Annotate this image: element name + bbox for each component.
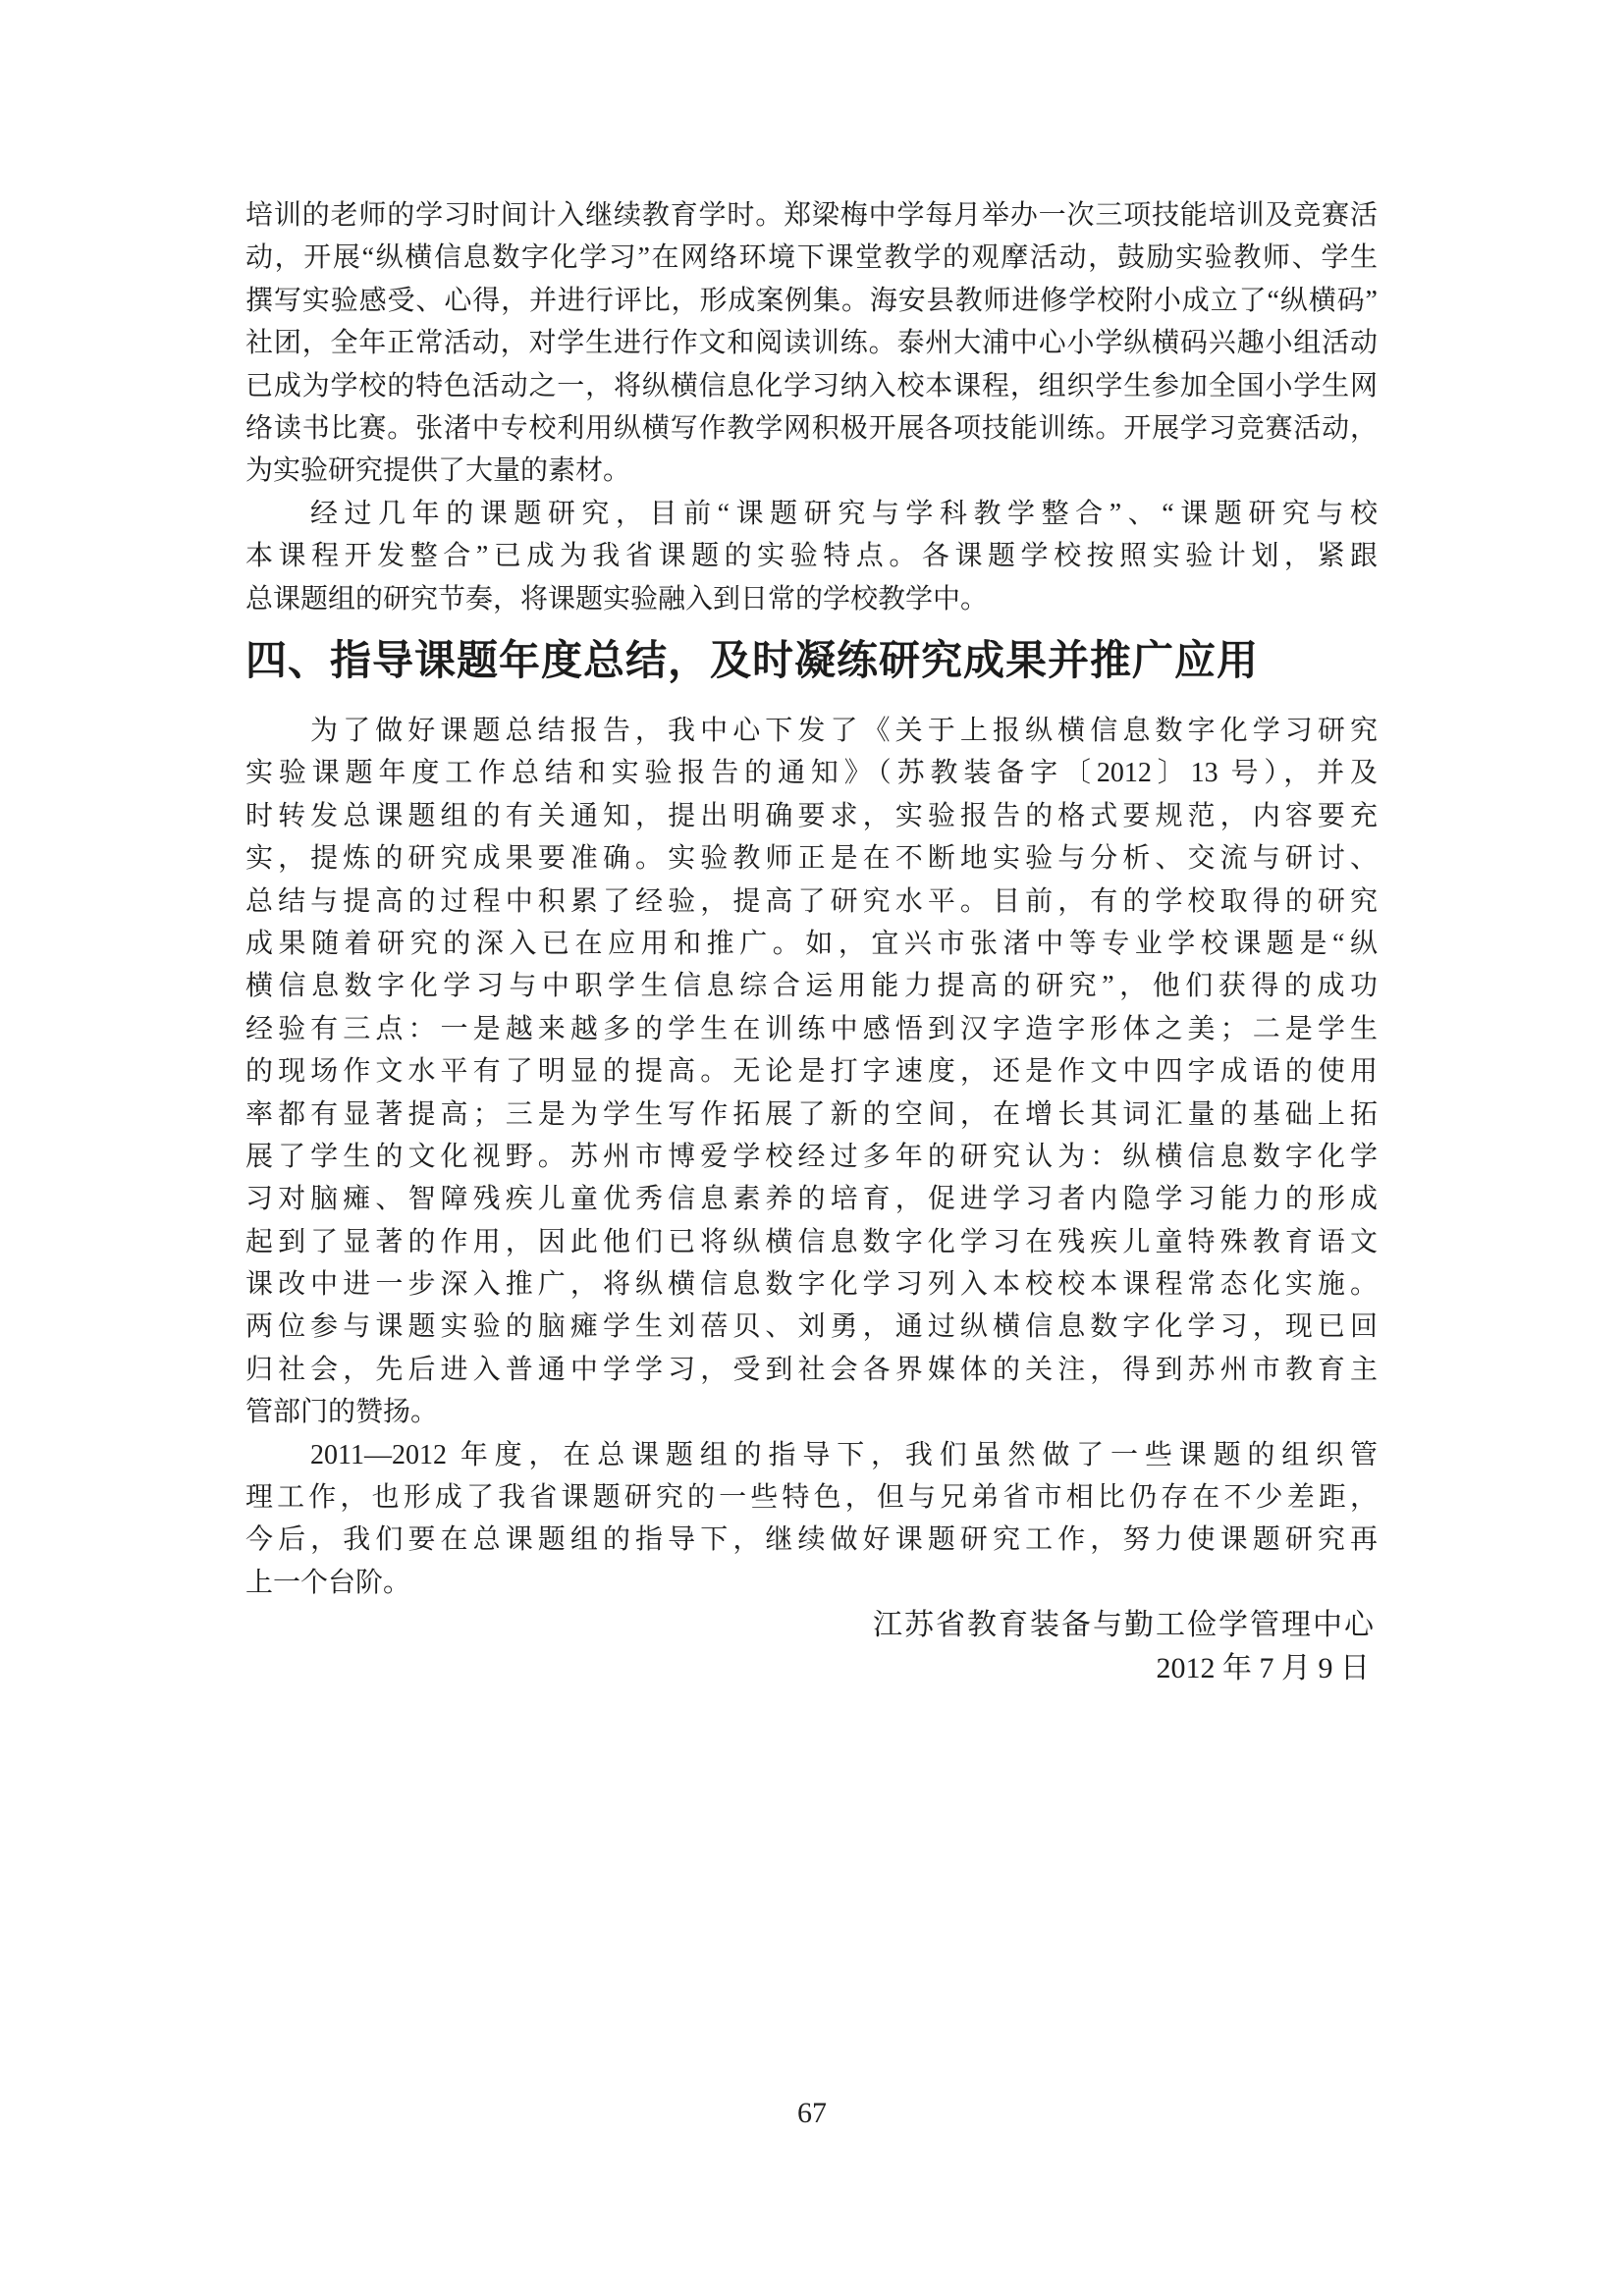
text-line: 管部门的赞扬。 — [245, 1391, 1378, 1433]
body-text-block-upper: 培训的老师的学习时间计入继续教育学时。郑梁梅中学每月举办一次三项技能培训及竞赛活… — [245, 194, 1378, 620]
text-line: 本课程开发整合”已成为我省课题的实验特点。各课题学校按照实验计划，紧跟 — [245, 535, 1378, 577]
text-line: 为了做好课题总结报告，我中心下发了《关于上报纵横信息数字化学习研究 — [245, 710, 1378, 752]
text-line: 横信息数字化学习与中职学生信息综合运用能力提高的研究”，他们获得的成功 — [245, 965, 1378, 1007]
text-line: 课改中进一步深入推广，将纵横信息数字化学习列入本校校本课程常态化实施。 — [245, 1263, 1378, 1306]
text-line: 成果随着研究的深入已在应用和推广。如，宜兴市张渚中等专业学校课题是“纵 — [245, 923, 1378, 965]
text-line: 已成为学校的特色活动之一，将纵横信息化学习纳入校本课程，组织学生参加全国小学生网 — [245, 365, 1378, 407]
text-line: 培训的老师的学习时间计入继续教育学时。郑梁梅中学每月举办一次三项技能培训及竞赛活 — [245, 194, 1378, 237]
paragraph-research-summary: 经过几年的课题研究，目前“课题研究与学科教学整合”、“课题研究与校本课程开发整合… — [245, 493, 1378, 620]
text-line: 今后，我们要在总课题组的指导下，继续做好课题研究工作，努力使课题研究再 — [245, 1519, 1378, 1561]
document-page: 培训的老师的学习时间计入继续教育学时。郑梁梅中学每月举办一次三项技能培训及竞赛活… — [0, 0, 1624, 2296]
text-line: 时转发总课题组的有关通知，提出明确要求，实验报告的格式要规范，内容要充 — [245, 795, 1378, 837]
text-line: 动，开展“纵横信息数字化学习”在网络环境下课堂教学的观摩活动，鼓励实验教师、学生 — [245, 237, 1378, 279]
text-line: 理工作，也形成了我省课题研究的一些特色，但与兄弟省市相比仍存在不少差距， — [245, 1476, 1378, 1519]
text-line: 展了学生的文化视野。苏州市博爱学校经过多年的研究认为：纵横信息数字化学 — [245, 1136, 1378, 1178]
text-line: 两位参与课题实验的脑瘫学生刘蓓贝、刘勇，通过纵横信息数字化学习，现已回 — [245, 1306, 1378, 1348]
page-number: 67 — [0, 2097, 1624, 2130]
text-line: 社团，全年正常活动，对学生进行作文和阅读训练。泰州大浦中心小学纵横码兴趣小组活动 — [245, 322, 1378, 364]
text-line: 2011—2012 年度，在总课题组的指导下，我们虽然做了一些课题的组织管 — [245, 1434, 1378, 1476]
text-line: 率都有显著提高；三是为学生写作拓展了新的空间，在增长其词汇量的基础上拓 — [245, 1094, 1378, 1136]
paragraph-conclusion: 2011—2012 年度，在总课题组的指导下，我们虽然做了一些课题的组织管理工作… — [245, 1434, 1378, 1605]
text-line: 起到了显著的作用，因此他们已将纵横信息数字化学习在残疾儿童特殊教育语文 — [245, 1221, 1378, 1263]
text-line: 归社会，先后进入普通中学学习，受到社会各界媒体的关注，得到苏州市教育主 — [245, 1349, 1378, 1391]
paragraph-annual-report: 为了做好课题总结报告，我中心下发了《关于上报纵横信息数字化学习研究实验课题年度工… — [245, 710, 1378, 1434]
text-line: 为实验研究提供了大量的素材。 — [245, 450, 1378, 492]
text-line: 习对脑瘫、智障残疾儿童优秀信息素养的培育，促进学习者内隐学习能力的形成 — [245, 1178, 1378, 1220]
text-line: 络读书比赛。张渚中专校利用纵横写作教学网积极开展各项技能训练。开展学习竞赛活动， — [245, 407, 1378, 450]
text-line: 的现场作文水平有了明显的提高。无论是打字速度，还是作文中四字成语的使用 — [245, 1050, 1378, 1093]
text-line: 经过几年的课题研究，目前“课题研究与学科教学整合”、“课题研究与校 — [245, 493, 1378, 535]
text-line: 实，提炼的研究成果要准确。实验教师正是在不断地实验与分析、交流与研讨、 — [245, 837, 1378, 880]
body-text-block-lower: 为了做好课题总结报告，我中心下发了《关于上报纵横信息数字化学习研究实验课题年度工… — [245, 710, 1378, 1689]
text-line: 上一个台阶。 — [245, 1562, 1378, 1604]
text-line: 实验课题年度工作总结和实验报告的通知》（苏教装备字〔2012〕13 号），并及 — [245, 752, 1378, 794]
text-line: 撰写实验感受、心得，并进行评比，形成案例集。海安县教师进修学校附小成立了“纵横码… — [245, 280, 1378, 322]
text-line: 经验有三点：一是越来越多的学生在训练中感悟到汉字造字形体之美；二是学生 — [245, 1008, 1378, 1050]
paragraph-continued-from-previous-page: 培训的老师的学习时间计入继续教育学时。郑梁梅中学每月举办一次三项技能培训及竞赛活… — [245, 194, 1378, 493]
date-line: 2012 年 7 月 9 日 — [245, 1647, 1378, 1689]
text-line: 总结与提高的过程中积累了经验，提高了研究水平。目前，有的学校取得的研究 — [245, 881, 1378, 923]
text-line: 总课题组的研究节奏，将课题实验融入到日常的学校教学中。 — [245, 578, 1378, 620]
section-heading: 四、指导课题年度总结，及时凝练研究成果并推广应用 — [245, 636, 1522, 687]
signature: 江苏省教育装备与勤工俭学管理中心 — [245, 1604, 1378, 1646]
